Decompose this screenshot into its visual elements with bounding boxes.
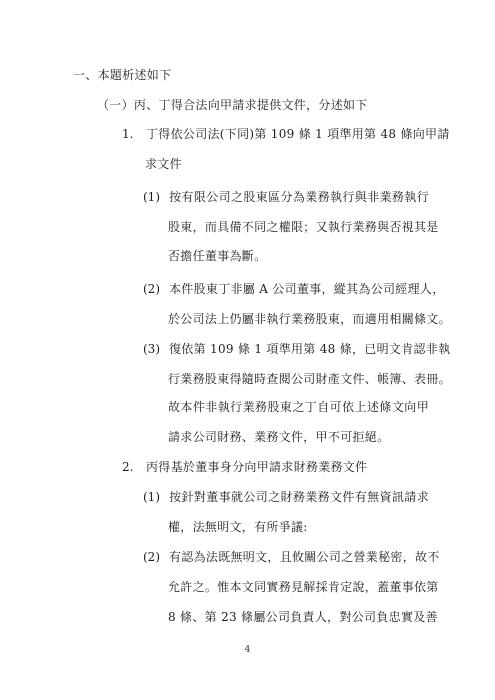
text-line: 丙得基於董事身分向甲請求財務業務文件 [146,460,367,474]
list-marker: (1) [143,190,169,205]
numbered-item-2: 2.丙得基於董事身分向甲請求財務業務文件 [122,460,367,475]
text-line: 故本件非執行業務股東之丁自可依上述條文向甲 [168,400,429,415]
numbered-item-1: 1.丁得依公司法(下同)第 109 條 1 項準用第 48 條向甲請 [122,127,429,142]
text-line: 本件股東丁非屬 A 公司董事，縱其為公司經理人， [169,282,445,296]
list-marker: (3) [143,342,169,357]
sub-item-3: (3)復依第 109 條 1 項準用第 48 條，已明文肯認非執 [143,342,429,357]
text-line: 求文件 [145,157,182,172]
list-marker: (1) [143,490,169,505]
list-marker: (2) [143,282,169,297]
list-marker: (2) [143,550,169,565]
text-line: 請求公司財務、業務文件，甲不可拒絕。 [168,430,389,445]
page-number: 4 [0,645,495,655]
document-page: 一、本題析述如下 （一）丙、丁得合法向甲請求提供文件，分述如下 1.丁得依公司法… [0,0,495,700]
level2-heading: （一）丙、丁得合法向甲請求提供文件，分述如下 [97,98,368,113]
list-marker: 1. [122,127,146,142]
text-line: 按有限公司之股東區分為業務執行與非業務執行 [169,190,429,204]
list-marker: 2. [122,460,146,475]
text-line: 按針對董事就公司之財務業務文件有無資訊請求 [169,490,429,504]
text-line: 8 條、第 23 條屬公司負責人，對公司負忠實及善 [168,610,429,625]
sub-item-2: (2)有認為法既無明文，且攸關公司之營業秘密，故不 [143,550,429,565]
text-line: 復依第 109 條 1 項準用第 48 條，已明文肯認非執 [169,342,450,356]
text-line: 於公司法上仍屬非執行業務股東，而適用相關條文。 [168,312,429,327]
text-line: 丁得依公司法(下同)第 109 條 1 項準用第 48 條向甲請 [146,127,450,141]
text-line: 行業務股東得隨時查閱公司財產文件、帳簿、表冊。 [168,372,429,387]
text-line: 允許之。惟本文同實務見解採肯定說，蓋董事依第 [168,580,429,595]
text-line: 否擔任董事為斷。 [168,249,266,264]
sub-item-1: (1)按針對董事就公司之財務業務文件有無資訊請求 [143,490,429,505]
text-line: 股東，而具備不同之權限；又執行業務與否視其是 [168,220,429,235]
text-line: 有認為法既無明文，且攸關公司之營業秘密，故不 [169,550,440,564]
text-line: 權，法無明文，有所爭議: [168,520,308,535]
sub-item-2: (2)本件股東丁非屬 A 公司董事，縱其為公司經理人， [143,282,429,297]
sub-item-1: (1)按有限公司之股東區分為業務執行與非業務執行 [143,190,429,205]
level1-heading: 一、本題析述如下 [73,68,171,83]
